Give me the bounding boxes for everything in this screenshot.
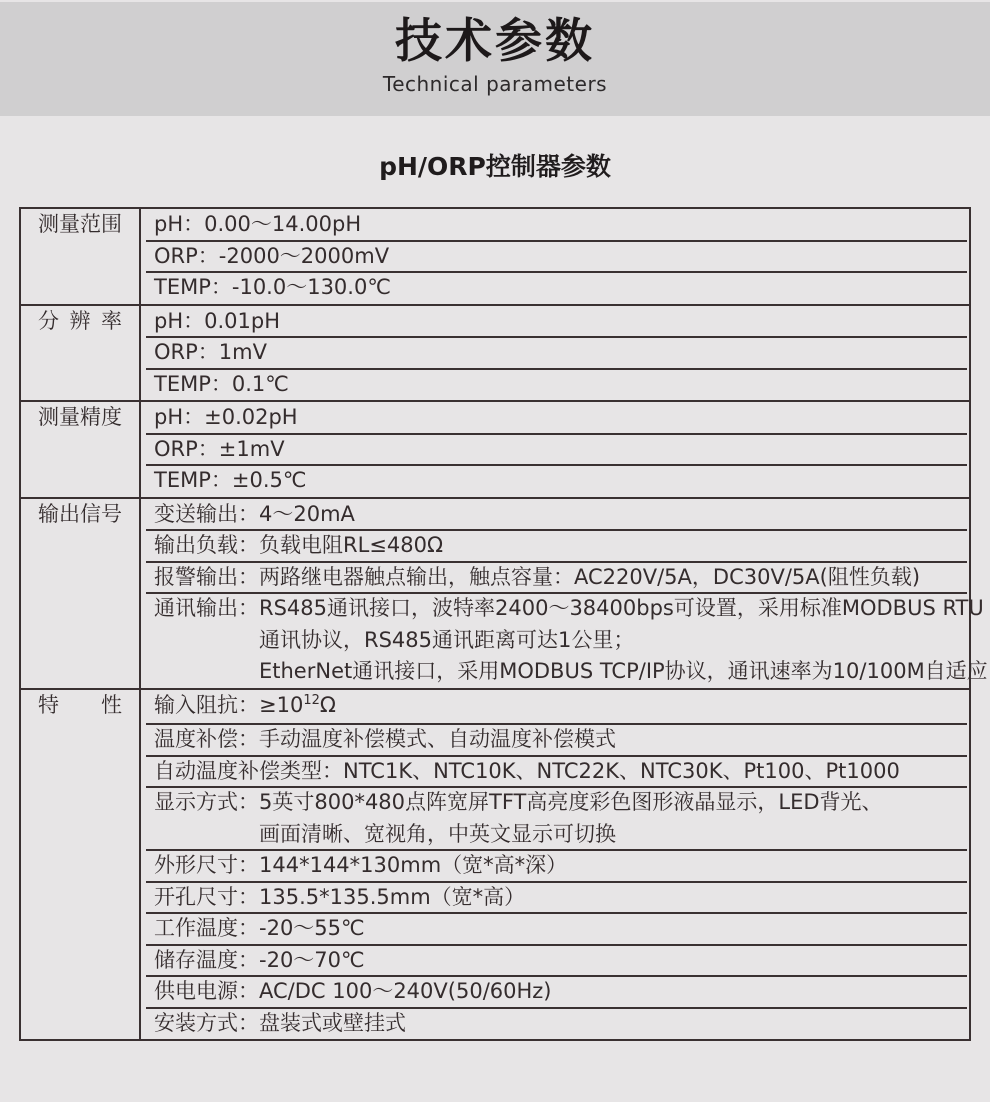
group-values: pH：0.01pH ORP：1mV TEMP：0.1℃: [141, 306, 969, 401]
spec-line: 供电电源：AC/DC 100～240V(50/60Hz): [154, 976, 961, 1008]
group-label-text: 输出信号: [38, 499, 122, 531]
spec-row: 温度补偿：手动温度补偿模式、自动温度补偿模式: [141, 724, 969, 756]
spec-line: 显示方式：5英寸800*480点阵宽屏TFT高亮度彩色图形液晶显示，LED背光、: [154, 787, 961, 819]
spec-row: pH：0.00～14.00pH: [141, 209, 969, 241]
spec-row: 输出负载：负载电阻RL≤480Ω: [141, 530, 969, 562]
spec-row: 自动温度补偿类型：NTC1K、NTC10K、NTC22K、NTC30K、Pt10…: [141, 756, 969, 788]
group-label: 输出信号: [21, 499, 141, 688]
spec-row: pH：±0.02pH: [141, 402, 969, 434]
spec-line: ORP：±1mV: [154, 434, 961, 466]
group-values: 输入阻抗：≥1012Ω 温度补偿：手动温度补偿模式、自动温度补偿模式 自动温度补…: [141, 690, 969, 1040]
spec-line: pH：0.00～14.00pH: [154, 209, 961, 241]
impedance-prefix: 输入阻抗：≥10: [154, 693, 303, 717]
group-label: 测量精度: [21, 402, 141, 497]
spec-row: 外形尺寸：144*144*130mm（宽*高*深）: [141, 850, 969, 882]
group-values: 变送输出：4～20mA 输出负载：负载电阻RL≤480Ω 报警输出：两路继电器触…: [141, 499, 969, 688]
header-band: 技术参数 Technical parameters: [0, 2, 990, 116]
spec-group-measure-range: 测量范围 pH：0.00～14.00pH ORP：-2000～2000mV TE…: [21, 209, 969, 306]
spec-row: TEMP：-10.0～130.0℃: [141, 272, 969, 304]
spec-line: 储存温度：-20～70℃: [154, 945, 961, 977]
spec-line: ORP：1mV: [154, 337, 961, 369]
group-label-text: 测量精度: [38, 402, 122, 434]
spec-row: ORP：±1mV: [141, 434, 969, 466]
section-title: pH/ORP控制器参数: [0, 147, 990, 183]
spec-row: 变送输出：4～20mA: [141, 499, 969, 531]
group-label: 分辨率: [21, 306, 141, 401]
group-label: 特性: [21, 690, 141, 1040]
spec-line: TEMP：0.1℃: [154, 369, 961, 401]
spec-line: pH：0.01pH: [154, 306, 961, 338]
spec-line: 外形尺寸：144*144*130mm（宽*高*深）: [154, 850, 961, 882]
spec-line: TEMP：-10.0～130.0℃: [154, 272, 961, 304]
spec-row: 开孔尺寸：135.5*135.5mm（宽*高）: [141, 882, 969, 914]
spec-line: 通讯输出：RS485通讯接口，波特率2400～38400bps可设置，采用标准M…: [154, 593, 961, 625]
spec-row: 供电电源：AC/DC 100～240V(50/60Hz): [141, 976, 969, 1008]
spec-line: 输出负载：负载电阻RL≤480Ω: [154, 530, 961, 562]
spec-row: ORP：-2000～2000mV: [141, 241, 969, 273]
spec-row: 工作温度：-20～55℃: [141, 913, 969, 945]
spec-line: 通讯协议，RS485通讯距离可达1公里；: [154, 625, 961, 657]
group-values: pH：±0.02pH ORP：±1mV TEMP：±0.5℃: [141, 402, 969, 497]
spec-table: 测量范围 pH：0.00～14.00pH ORP：-2000～2000mV TE…: [19, 207, 971, 1041]
spec-row-impedance: 输入阻抗：≥1012Ω: [141, 690, 969, 725]
spec-group-features: 特性 输入阻抗：≥1012Ω 温度补偿：手动温度补偿模式、自动温度补偿模式 自动…: [21, 690, 969, 1040]
spec-row: 安装方式：盘装式或壁挂式: [141, 1008, 969, 1040]
impedance-suffix: Ω: [320, 693, 336, 717]
spec-line: 开孔尺寸：135.5*135.5mm（宽*高）: [154, 882, 961, 914]
spec-line: 变送输出：4～20mA: [154, 499, 961, 531]
spec-line: 自动温度补偿类型：NTC1K、NTC10K、NTC22K、NTC30K、Pt10…: [154, 756, 961, 788]
spec-row: TEMP：0.1℃: [141, 369, 969, 401]
page-title: 技术参数: [0, 2, 990, 71]
spec-group-output-signal: 输出信号 变送输出：4～20mA 输出负载：负载电阻RL≤480Ω 报警输出：两…: [21, 499, 969, 690]
spec-line: TEMP：±0.5℃: [154, 465, 961, 497]
spec-line: 画面清晰、宽视角，中英文显示可切换: [154, 819, 961, 851]
spec-row-communication: 通讯输出：RS485通讯接口，波特率2400～38400bps可设置，采用标准M…: [141, 593, 969, 688]
spec-row: TEMP：±0.5℃: [141, 465, 969, 497]
spec-line: 报警输出：两路继电器触点输出，触点容量：AC220V/5A，DC30V/5A(阻…: [154, 562, 961, 594]
spec-row: pH：0.01pH: [141, 306, 969, 338]
group-label-text: 分辨率: [38, 306, 122, 338]
page: { "header": { "band_color": "#d0cfd0", "…: [0, 0, 990, 1102]
spec-row: 储存温度：-20～70℃: [141, 945, 969, 977]
spec-line: 输入阻抗：≥1012Ω: [154, 690, 961, 725]
spec-row: ORP：1mV: [141, 337, 969, 369]
spec-row-display: 显示方式：5英寸800*480点阵宽屏TFT高亮度彩色图形液晶显示，LED背光、…: [141, 787, 969, 850]
spec-line: 温度补偿：手动温度补偿模式、自动温度补偿模式: [154, 724, 961, 756]
spec-row: 报警输出：两路继电器触点输出，触点容量：AC220V/5A，DC30V/5A(阻…: [141, 562, 969, 594]
spec-line: 工作温度：-20～55℃: [154, 913, 961, 945]
group-label-text: 特性: [38, 690, 122, 722]
spec-group-resolution: 分辨率 pH：0.01pH ORP：1mV TEMP：0.1℃: [21, 306, 969, 403]
spec-line: EtherNet通讯接口，采用MODBUS TCP/IP协议，通讯速率为10/1…: [154, 656, 961, 688]
group-values: pH：0.00～14.00pH ORP：-2000～2000mV TEMP：-1…: [141, 209, 969, 304]
group-label: 测量范围: [21, 209, 141, 304]
impedance-exponent: 12: [303, 693, 320, 708]
group-label-text: 测量范围: [38, 209, 122, 241]
spec-line: ORP：-2000～2000mV: [154, 241, 961, 273]
page-subtitle: Technical parameters: [0, 71, 990, 97]
spec-line: pH：±0.02pH: [154, 402, 961, 434]
spec-line: 安装方式：盘装式或壁挂式: [154, 1008, 961, 1040]
spec-group-accuracy: 测量精度 pH：±0.02pH ORP：±1mV TEMP：±0.5℃: [21, 402, 969, 499]
